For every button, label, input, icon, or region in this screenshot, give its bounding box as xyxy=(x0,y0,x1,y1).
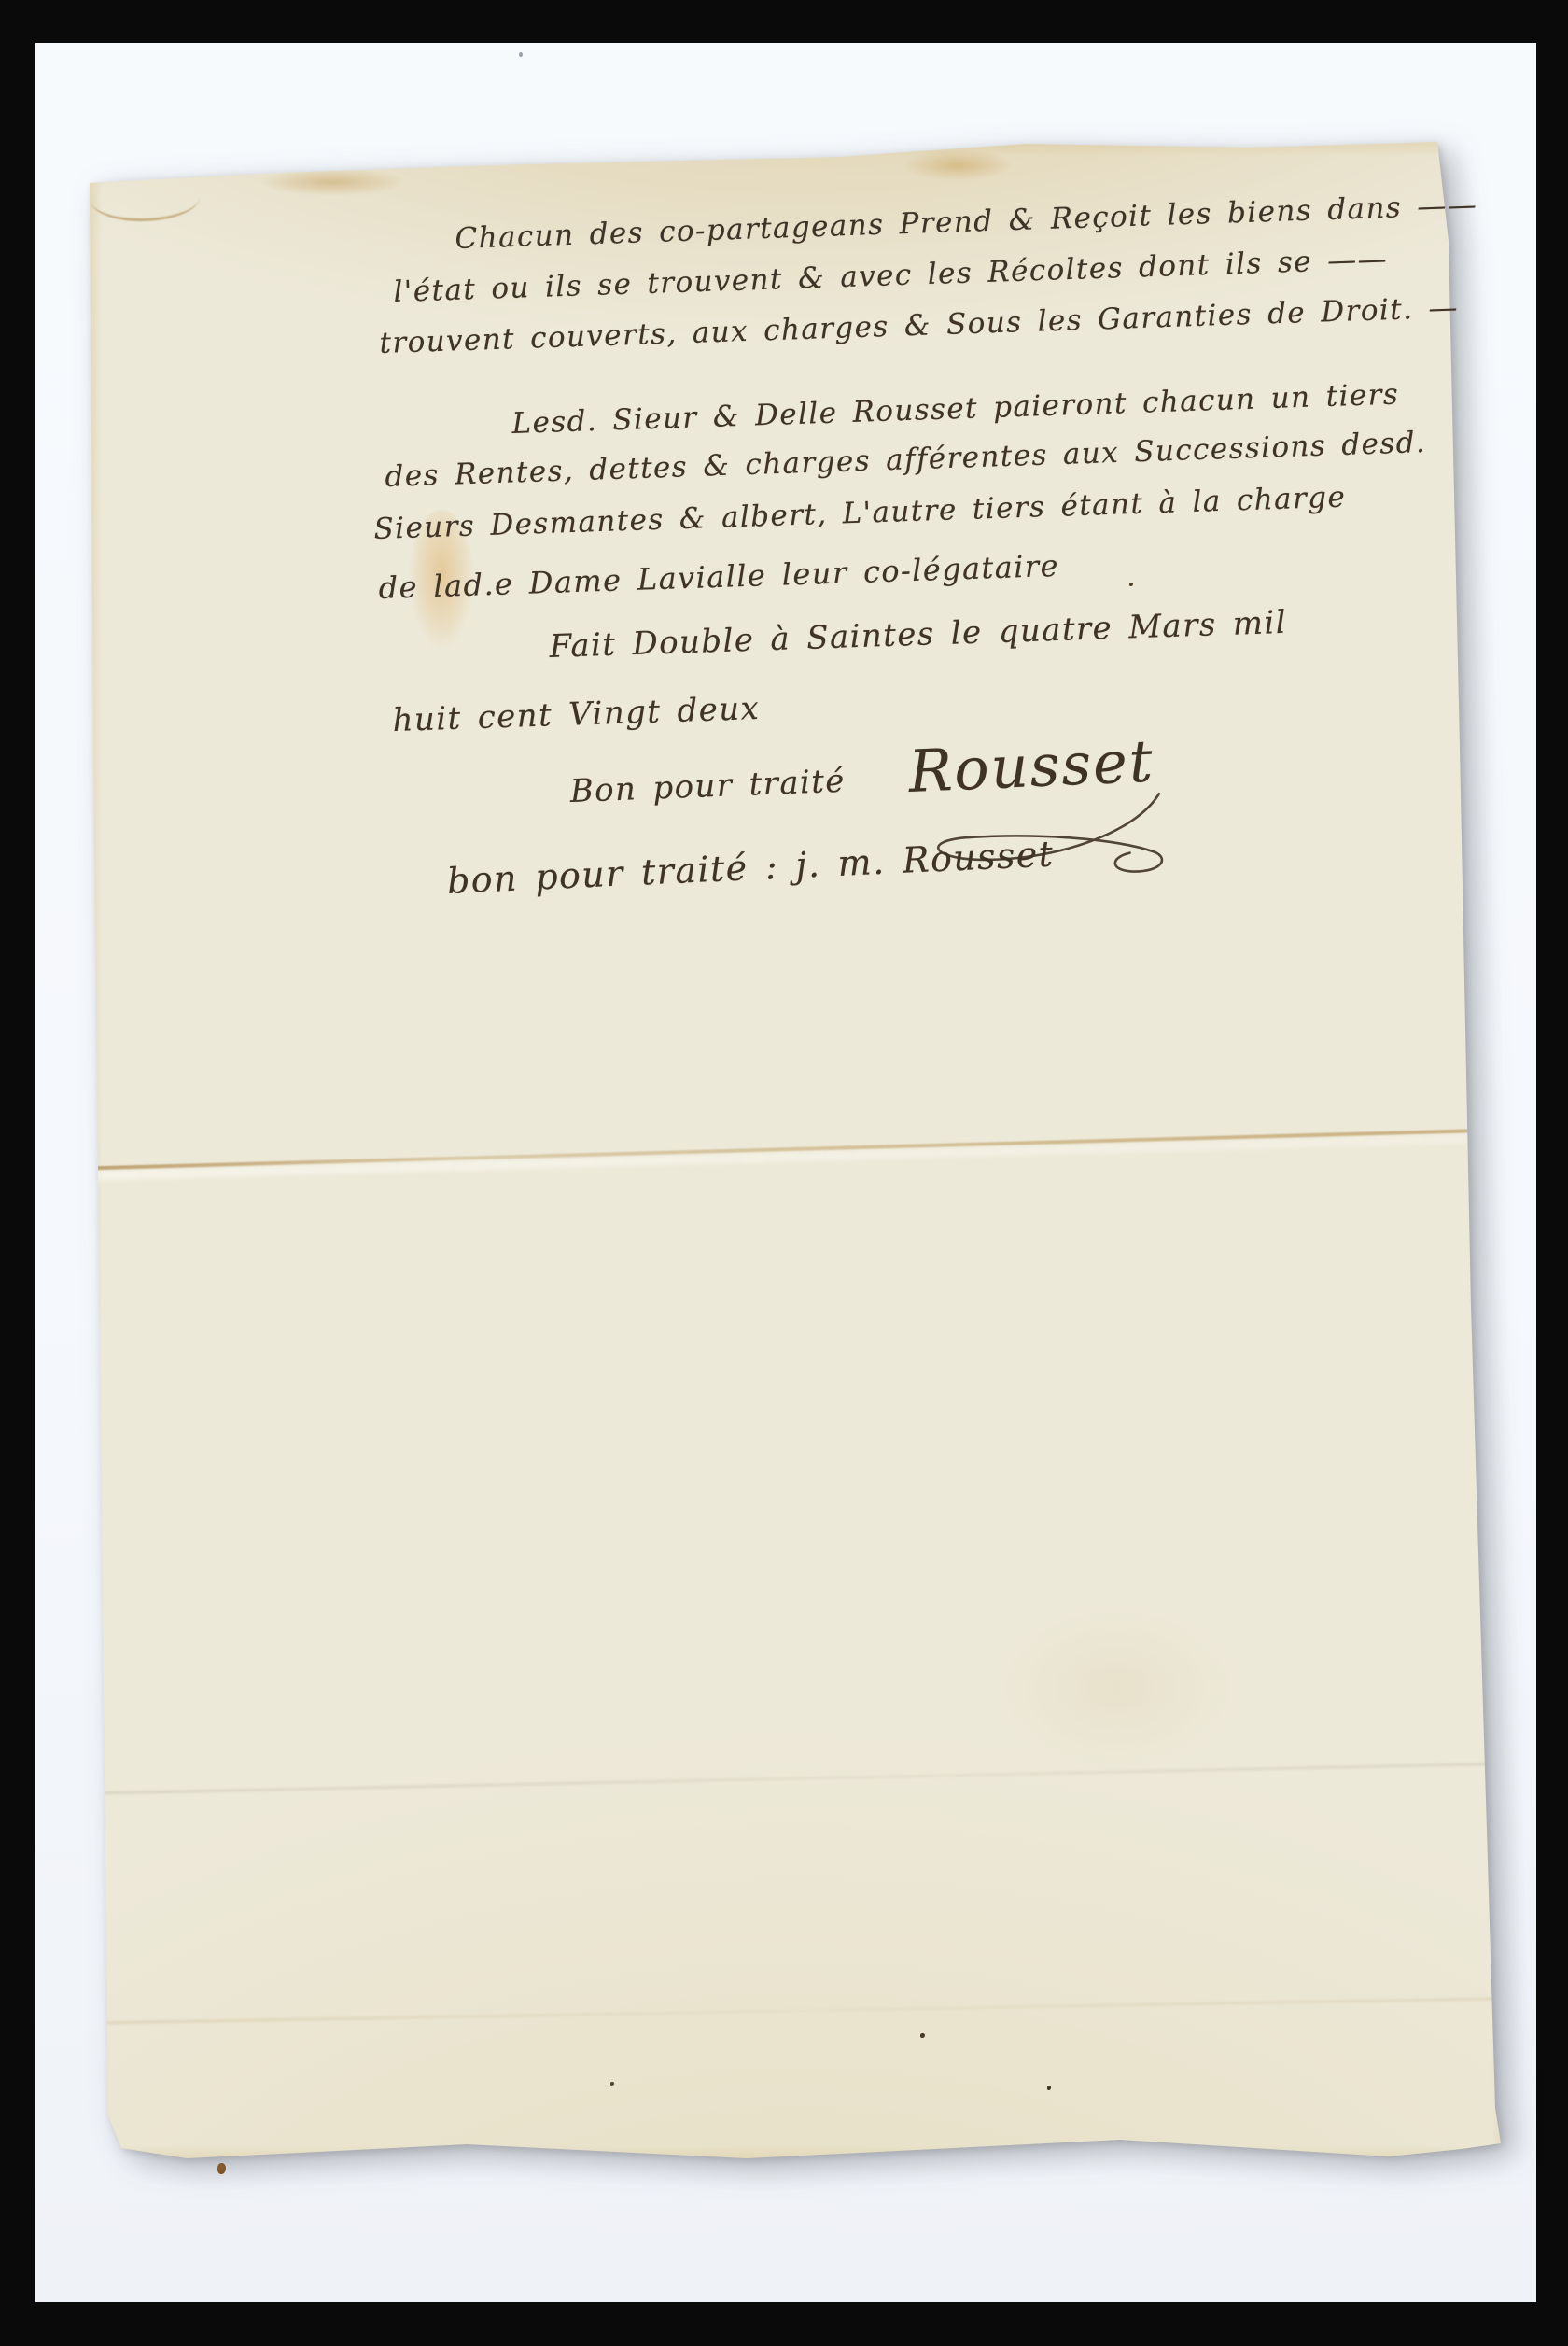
paper-surface xyxy=(80,129,1518,2173)
paper-speck xyxy=(920,2033,925,2038)
faint-fold-crease xyxy=(71,1762,1527,1795)
paper-stain xyxy=(258,168,407,196)
paper-stain xyxy=(995,1604,1238,1772)
paper-stain xyxy=(409,510,474,650)
fold-crease xyxy=(71,1128,1527,1171)
paper-stain xyxy=(902,149,1014,181)
ink-speck xyxy=(1129,583,1133,586)
paper-speck xyxy=(1047,2086,1051,2090)
paper-speck xyxy=(610,2082,614,2086)
document-paper xyxy=(80,129,1518,2173)
fold-crease-highlight xyxy=(71,1132,1527,1181)
corner-crease xyxy=(91,177,200,221)
scan-viewport: huit cent Vingt deuxFait Double à Sainte… xyxy=(0,0,1568,2346)
faint-fold-crease xyxy=(71,1997,1527,2025)
backing-dust xyxy=(519,52,523,57)
